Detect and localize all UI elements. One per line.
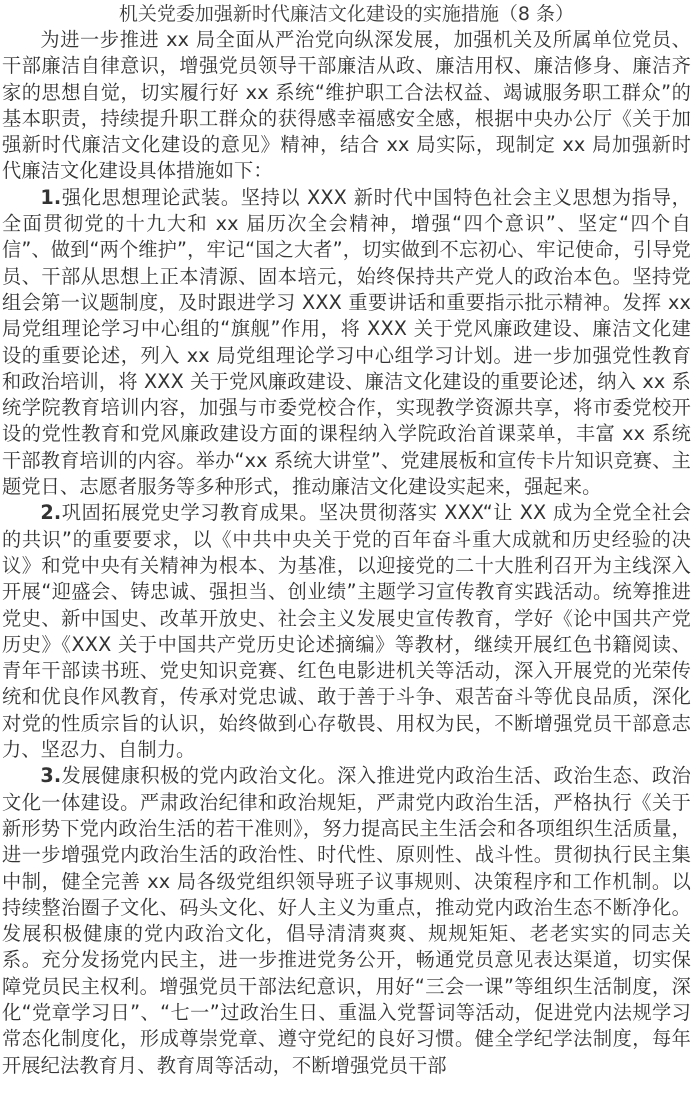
measure-item-1: 1.强化思想理论武装。坚持以 XXX 新时代中国特色社会主义思想为指导，全面贯彻… (2, 185, 691, 501)
measure-item-2: 2.巩固拓展党史学习教育成果。坚决贯彻落实 XXX“让 XX 成为全党全社会的共… (2, 500, 691, 763)
intro-paragraph: 为进一步推进 xx 局全面从严治党向纵深发展，加强机关及所属单位党员、干部廉洁自… (2, 27, 691, 185)
item-number: 3. (40, 764, 61, 787)
item-number: 1. (40, 186, 61, 209)
measure-item-3: 3.发展健康积极的党内政治文化。深入推进党内政治生活、政治生态、政治文化一体建设… (2, 763, 691, 1079)
document-page: 机关党委加强新时代廉洁文化建设的实施措施（8 条） 为进一步推进 xx 局全面从… (0, 0, 693, 1079)
item-text: 发展健康积极的党内政治文化。深入推进党内政治生活、政治生态、政治文化一体建设。严… (2, 764, 691, 1076)
document-title: 机关党委加强新时代廉洁文化建设的实施措施（8 条） (2, 0, 691, 27)
item-number: 2. (40, 501, 61, 524)
item-text: 巩固拓展党史学习教育成果。坚决贯彻落实 XXX“让 XX 成为全党全社会的共识”… (2, 501, 691, 761)
item-text: 强化思想理论武装。坚持以 XXX 新时代中国特色社会主义思想为指导，全面贯彻党的… (2, 186, 691, 498)
